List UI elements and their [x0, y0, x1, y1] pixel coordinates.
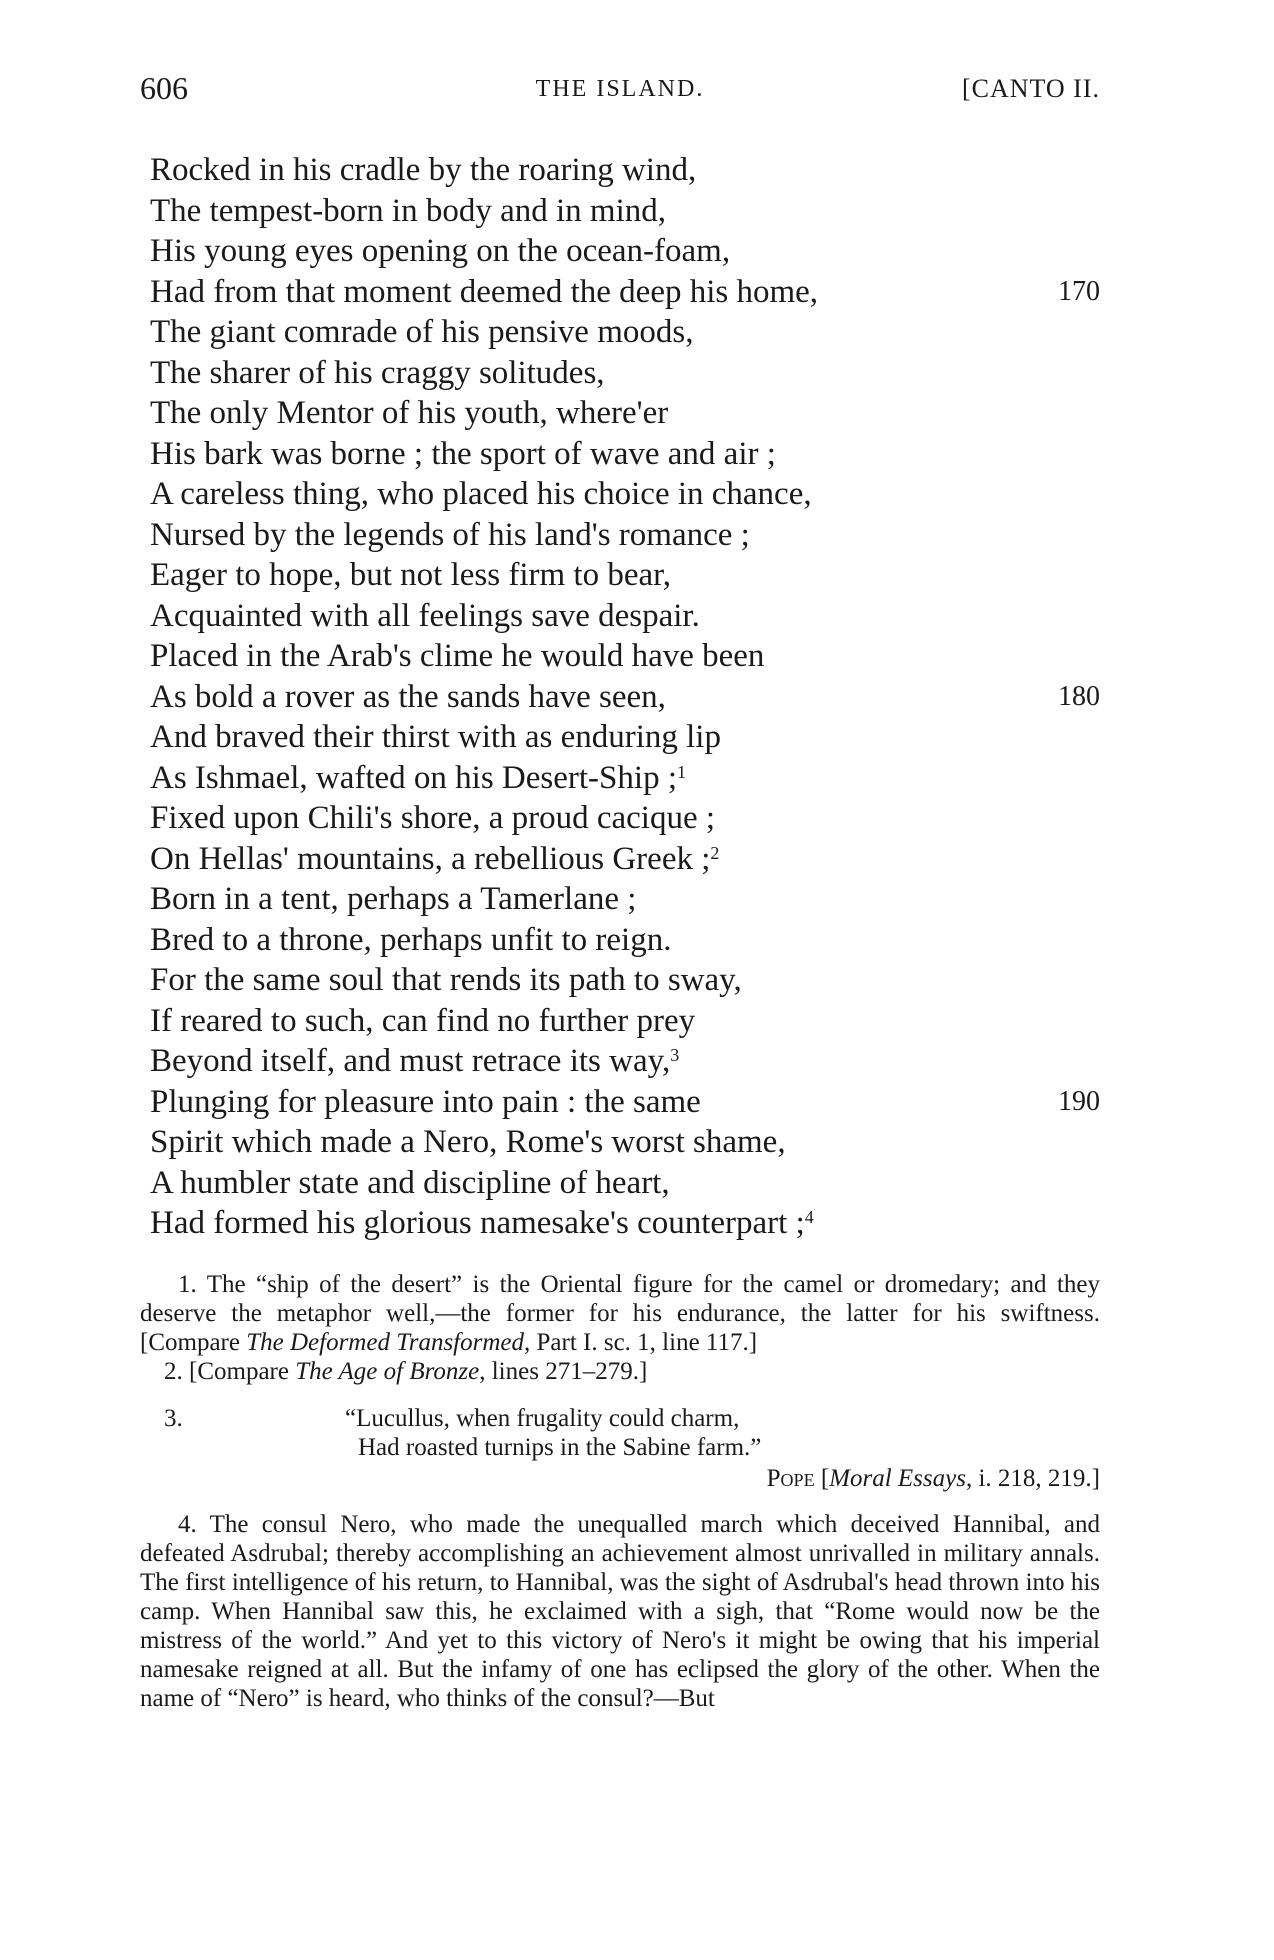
- poem-line-text: His bark was borne ; the sport of wave a…: [150, 436, 776, 472]
- poem-line: His bark was borne ; the sport of wave a…: [150, 434, 1100, 475]
- poem-line-text: As Ishmael, wafted on his Desert-Ship ;: [150, 760, 677, 796]
- poem-body: Rocked in his cradle by the roaring wind…: [150, 150, 1100, 1244]
- poem-line-text: Acquainted with all feelings save despai…: [150, 598, 700, 634]
- poem-line: A humbler state and discipline of heart,: [150, 1163, 1100, 1204]
- poem-line: As bold a rover as the sands have seen,1…: [150, 677, 1100, 718]
- poem-line: His young eyes opening on the ocean-foam…: [150, 231, 1100, 272]
- poem-line-text: Nursed by the legends of his land's roma…: [150, 517, 750, 553]
- poem-line: A careless thing, who placed his choice …: [150, 474, 1100, 515]
- canto-label: [CANTO II.: [962, 74, 1100, 104]
- poem-line: Spirit which made a Nero, Rome's worst s…: [150, 1122, 1100, 1163]
- line-number: 190: [1058, 1082, 1100, 1123]
- footnote-number: 3.: [164, 1404, 183, 1433]
- poem-line-text: And braved their thirst with as enduring…: [150, 719, 721, 755]
- poem-line: And braved their thirst with as enduring…: [150, 717, 1100, 758]
- quote-line-2: Had roasted turnips in the Sabine farm.”: [358, 1433, 761, 1462]
- poem-line: Had formed his glorious namesake's count…: [150, 1203, 1100, 1244]
- poem-line: The only Mentor of his youth, where'er: [150, 393, 1100, 434]
- poem-line-text: Rocked in his cradle by the roaring wind…: [150, 152, 696, 188]
- poem-line: Had from that moment deemed the deep his…: [150, 272, 1100, 313]
- poem-line-text: Bred to a throne, perhaps unfit to reign…: [150, 922, 671, 958]
- footnote-1: 1. The “ship of the desert” is the Orien…: [140, 1270, 1100, 1357]
- poem-line: Plunging for pleasure into pain : the sa…: [150, 1082, 1100, 1123]
- poem-line: Eager to hope, but not less firm to bear…: [150, 555, 1100, 596]
- line-number: 170: [1058, 272, 1100, 313]
- poem-line-text: Had from that moment deemed the deep his…: [150, 274, 818, 310]
- poem-line-text: On Hellas' mountains, a rebellious Greek…: [150, 841, 710, 877]
- footnote-4: 4. The consul Nero, who made the unequal…: [140, 1510, 1100, 1713]
- poem-line: Beyond itself, and must retrace its way,…: [150, 1041, 1100, 1082]
- footnote-3: 3. “Lucullus, when frugality could charm…: [140, 1404, 1100, 1496]
- quote-line-1: “Lucullus, when frugality could charm,: [345, 1404, 739, 1433]
- poem-line: Fixed upon Chili's shore, a proud caciqu…: [150, 798, 1100, 839]
- poem-line-text: Had formed his glorious namesake's count…: [150, 1205, 805, 1241]
- poem-line-text: Fixed upon Chili's shore, a proud caciqu…: [150, 800, 715, 836]
- poem-line: On Hellas' mountains, a rebellious Greek…: [150, 839, 1100, 880]
- poem-line: Placed in the Arab's clime he would have…: [150, 636, 1100, 677]
- poem-line: Born in a tent, perhaps a Tamerlane ;: [150, 879, 1100, 920]
- poem-line: For the same soul that rends its path to…: [150, 960, 1100, 1001]
- footnote-ref: 1: [677, 762, 686, 782]
- poem-line-text: Eager to hope, but not less firm to bear…: [150, 557, 671, 593]
- poem-line: The giant comrade of his pensive moods,: [150, 312, 1100, 353]
- poem-line: Rocked in his cradle by the roaring wind…: [150, 150, 1100, 191]
- footnote-ref: 4: [805, 1207, 814, 1227]
- poem-line: Acquainted with all feelings save despai…: [150, 596, 1100, 637]
- running-header: 606 THE ISLAND. [CANTO II.: [140, 70, 1100, 110]
- poem-line-text: The giant comrade of his pensive moods,: [150, 314, 693, 350]
- poem-line: Nursed by the legends of his land's roma…: [150, 515, 1100, 556]
- footnote-2: 2. [Compare The Age of Bronze, lines 271…: [140, 1357, 1100, 1386]
- poem-line-text: Beyond itself, and must retrace its way,: [150, 1043, 670, 1079]
- poem-line: If reared to such, can find no further p…: [150, 1001, 1100, 1042]
- poem-line-text: The tempest-born in body and in mind,: [150, 193, 666, 229]
- poem-line-text: Spirit which made a Nero, Rome's worst s…: [150, 1124, 786, 1160]
- poem-line-text: Plunging for pleasure into pain : the sa…: [150, 1084, 701, 1120]
- poem-line: Bred to a throne, perhaps unfit to reign…: [150, 920, 1100, 961]
- poem-line-text: A humbler state and discipline of heart,: [150, 1165, 670, 1201]
- running-title: THE ISLAND.: [140, 76, 1100, 103]
- poem-line-text: As bold a rover as the sands have seen,: [150, 679, 666, 715]
- poem-line-text: Placed in the Arab's clime he would have…: [150, 638, 764, 674]
- poem-line-text: The only Mentor of his youth, where'er: [150, 395, 668, 431]
- footnotes: 1. The “ship of the desert” is the Orien…: [140, 1270, 1100, 1713]
- quote-attribution: Pope [Moral Essays, i. 218, 219.]: [767, 1464, 1100, 1493]
- poem-line: The tempest-born in body and in mind,: [150, 191, 1100, 232]
- footnote-ref: 3: [670, 1045, 679, 1065]
- poem-line: As Ishmael, wafted on his Desert-Ship ;1: [150, 758, 1100, 799]
- poem-line-text: A careless thing, who placed his choice …: [150, 476, 812, 512]
- poem-line-text: For the same soul that rends its path to…: [150, 962, 742, 998]
- poem-line: The sharer of his craggy solitudes,: [150, 353, 1100, 394]
- line-number: 180: [1058, 677, 1100, 718]
- poem-line-text: His young eyes opening on the ocean-foam…: [150, 233, 730, 269]
- poem-line-text: Born in a tent, perhaps a Tamerlane ;: [150, 881, 636, 917]
- poem-line-text: The sharer of his craggy solitudes,: [150, 355, 605, 391]
- poem-line-text: If reared to such, can find no further p…: [150, 1003, 695, 1039]
- footnote-ref: 2: [710, 843, 719, 863]
